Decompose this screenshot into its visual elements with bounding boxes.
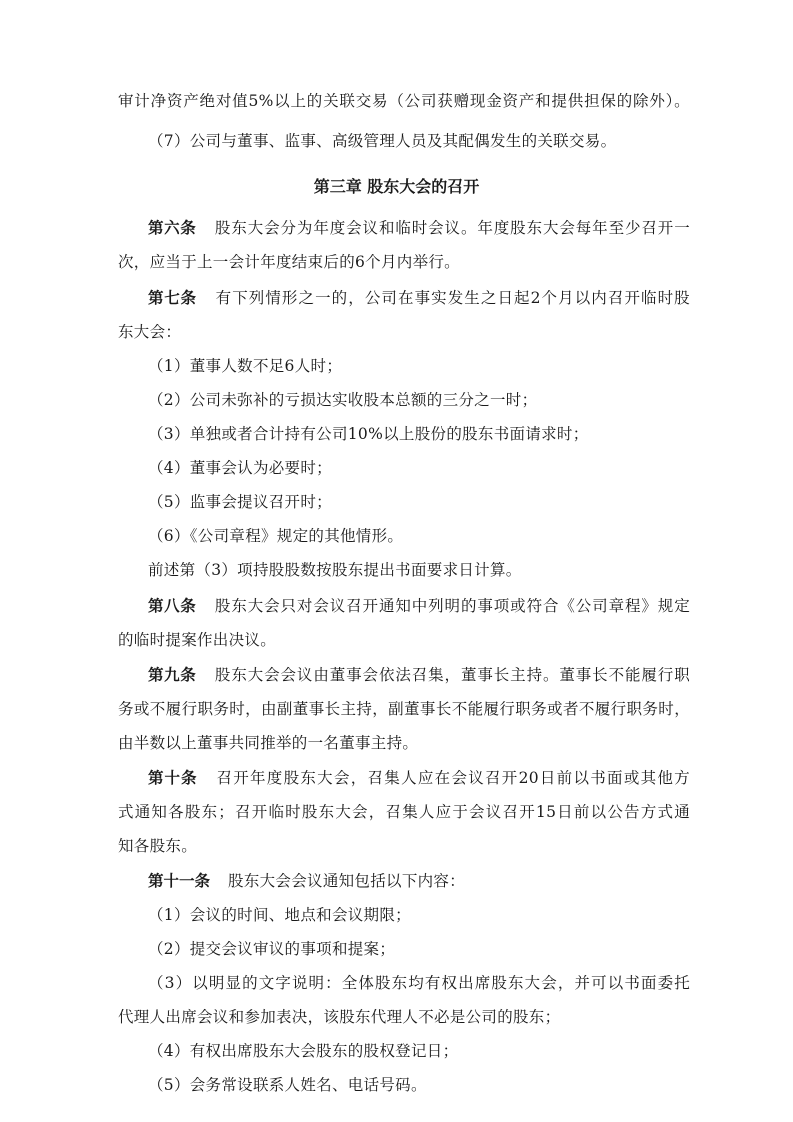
text-line: 式通知各股东；召开临时股东大会，召集人应于会议召开15日前以公告方式通 [118, 802, 690, 822]
list-item: （6）《公司章程》规定的其他情形。 [148, 526, 690, 546]
list-item: （3）单独或者合计持有公司10%以上股份的股东书面请求时； [148, 424, 690, 444]
article-8: 第八条股东大会只对会议召开通知中列明的事项或符合《公司章程》规定 [148, 596, 690, 616]
text-line: 东大会： [118, 322, 690, 342]
list-item: （4）有权出席股东大会股东的股权登记日； [148, 1041, 690, 1061]
article-text: 股东大会会议通知包括以下内容： [228, 872, 465, 890]
article-11: 第十一条股东大会会议通知包括以下内容： [148, 871, 690, 891]
chapter-heading: 第三章 股东大会的召开 [0, 174, 793, 197]
text-line: 审计净资产绝对值5%以上的关联交易（公司获赠现金资产和提供担保的除外）。 [118, 91, 690, 111]
article-text: 股东大会会议由董事会依法召集，董事长主持。董事长不能履行职 [214, 666, 690, 684]
article-text: 股东大会只对会议召开通知中列明的事项或符合《公司章程》规定 [214, 597, 690, 615]
note-line: 前述第（3）项持股股数按股东提出书面要求日计算。 [148, 560, 690, 580]
list-item: （1）会议的时间、地点和会议期限； [148, 905, 690, 925]
text-line: 务或不履行职务时，由副董事长主持，副董事长不能履行职务或者不履行职务时， [118, 699, 690, 719]
article-6: 第六条股东大会分为年度会议和临时会议。年度股东大会每年至少召开一 [148, 218, 690, 238]
text-line: 代理人出席会议和参加表决，该股东代理人不必是公司的股东； [118, 1007, 690, 1027]
text-line: 知各股东。 [118, 836, 690, 856]
list-item: （2）公司未弥补的亏损达实收股本总额的三分之一时； [148, 390, 690, 410]
article-text: 召开年度股东大会，召集人应在会议召开20日前以书面或其他方 [215, 769, 690, 787]
article-label: 第十条 [148, 769, 197, 787]
text-line: 次，应当于上一会计年度结束后的6个月内举行。 [118, 252, 690, 272]
list-item: （2）提交会议审议的事项和提案； [148, 939, 690, 959]
article-text: 有下列情形之一的，公司在事实发生之日起2个月以内召开临时股 [215, 289, 690, 307]
article-label: 第九条 [148, 666, 196, 684]
text-line: 的临时提案作出决议。 [118, 630, 690, 650]
text-line: （7）公司与董事、监事、高级管理人员及其配偶发生的关联交易。 [148, 131, 690, 151]
document-page: 审计净资产绝对值5%以上的关联交易（公司获赠现金资产和提供担保的除外）。 （7）… [0, 0, 793, 1122]
article-label: 第十一条 [148, 872, 210, 890]
article-text: 股东大会分为年度会议和临时会议。年度股东大会每年至少召开一 [214, 219, 690, 237]
article-label: 第六条 [148, 219, 196, 237]
list-item: （3）以明显的文字说明：全体股东均有权出席股东大会，并可以书面委托 [148, 973, 690, 993]
list-item: （1）董事人数不足6人时； [148, 356, 690, 376]
list-item: （5）会务常设联系人姓名、电话号码。 [148, 1075, 690, 1095]
article-7: 第七条有下列情形之一的，公司在事实发生之日起2个月以内召开临时股 [148, 288, 690, 308]
article-9: 第九条股东大会会议由董事会依法召集，董事长主持。董事长不能履行职 [148, 665, 690, 685]
list-item: （4）董事会认为必要时； [148, 458, 690, 478]
text-line: 由半数以上董事共同推举的一名董事主持。 [118, 733, 690, 753]
article-label: 第八条 [148, 597, 196, 615]
article-label: 第七条 [148, 289, 197, 307]
list-item: （5）监事会提议召开时； [148, 492, 690, 512]
article-10: 第十条召开年度股东大会，召集人应在会议召开20日前以书面或其他方 [148, 768, 690, 788]
